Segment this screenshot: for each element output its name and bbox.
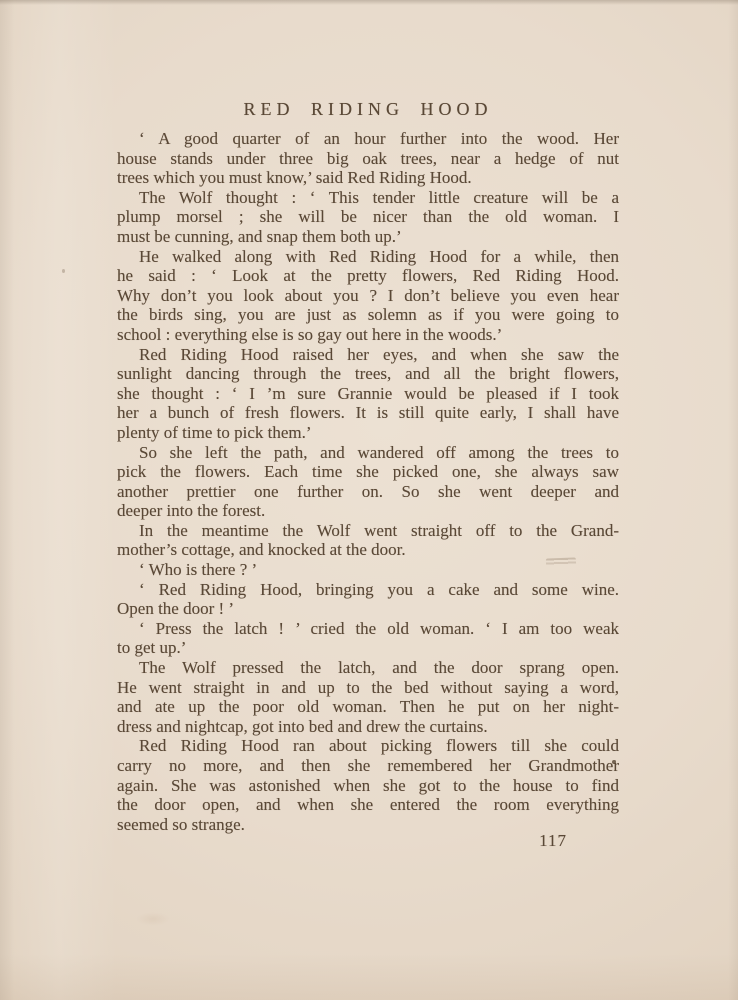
text-line: Why don’t you look about you ? I don’t b… — [117, 286, 619, 306]
paragraph: ‘ Press the latch ! ’ cried the old woma… — [117, 619, 619, 658]
text-line: she thought : ‘ I ’m sure Grannie would … — [117, 384, 619, 404]
text-line: must be cunning, and snap them both up.’ — [117, 227, 619, 247]
page-title: RED RIDING HOOD — [117, 99, 619, 120]
text-line: trees which you must know,’ said Red Rid… — [117, 168, 619, 188]
paragraph: ‘ A good quarter of an hour further into… — [117, 129, 619, 188]
paragraph: The Wolf pressed the latch, and the door… — [117, 658, 619, 736]
text-line: deeper into the forest. — [117, 501, 619, 521]
text-line: In the meantime the Wolf went straight o… — [117, 521, 619, 541]
text-line: The Wolf pressed the latch, and the door… — [117, 658, 619, 678]
text-line: ‘ Press the latch ! ’ cried the old woma… — [117, 619, 619, 639]
margin-speck-artifact — [62, 269, 65, 273]
text-line: ‘ Red Riding Hood, bringing you a cake a… — [117, 580, 619, 600]
text-line: plump morsel ; she will be nicer than th… — [117, 207, 619, 227]
text-line: pick the flowers. Each time she picked o… — [117, 462, 619, 482]
text-line: He walked along with Red Riding Hood for… — [117, 247, 619, 267]
text-line: her a bunch of fresh flowers. It is stil… — [117, 403, 619, 423]
text-line: to get up.’ — [117, 638, 619, 658]
text-line: he said : ‘ Look at the pretty flowers, … — [117, 266, 619, 286]
paragraph: Red Riding Hood raised her eyes, and whe… — [117, 345, 619, 443]
book-page: RED RIDING HOOD ‘ A good quarter of an h… — [0, 0, 738, 1000]
paragraph: ‘ Who is there ? ’ — [117, 560, 619, 580]
text-line: the birds sing, you are just as solemn a… — [117, 305, 619, 325]
text-line: another prettier one further on. So she … — [117, 482, 619, 502]
text-line: the door open, and when she entered the … — [117, 795, 619, 815]
text-line: sunlight dancing through the trees, and … — [117, 364, 619, 384]
paragraph: ‘ Red Riding Hood, bringing you a cake a… — [117, 580, 619, 619]
paragraph: Red Riding Hood ran about picking flower… — [117, 736, 619, 834]
paper-stain-artifact — [136, 912, 170, 926]
paragraphs-container: ‘ A good quarter of an hour further into… — [117, 129, 619, 834]
text-line: and ate up the poor old woman. Then he p… — [117, 697, 619, 717]
paragraph: In the meantime the Wolf went straight o… — [117, 521, 619, 560]
text-line: house stands under three big oak trees, … — [117, 149, 619, 169]
paragraph: So she left the path, and wandered off a… — [117, 443, 619, 521]
text-line: carry no more, and then she remembered h… — [117, 756, 619, 776]
text-line: dress and nightcap, got into bed and dre… — [117, 717, 619, 737]
text-line: So she left the path, and wandered off a… — [117, 443, 619, 463]
text-line: again. She was astonished when she got t… — [117, 776, 619, 796]
text-line: school : everything else is so gay out h… — [117, 325, 619, 345]
paragraph: He walked along with Red Riding Hood for… — [117, 247, 619, 345]
text-line: Red Riding Hood raised her eyes, and whe… — [117, 345, 619, 365]
page-body: ‘ A good quarter of an hour further into… — [117, 129, 619, 851]
text-line: Open the door ! ’ — [117, 599, 619, 619]
text-line: mother’s cottage, and knocked at the doo… — [117, 540, 619, 560]
text-line: The Wolf thought : ‘ This tender little … — [117, 188, 619, 208]
text-line: ‘ A good quarter of an hour further into… — [117, 129, 619, 149]
page-number: 117 — [117, 831, 619, 851]
text-line: ‘ Who is there ? ’ — [117, 560, 619, 580]
paragraph: The Wolf thought : ‘ This tender little … — [117, 188, 619, 247]
text-line: Red Riding Hood ran about picking flower… — [117, 736, 619, 756]
text-line: He went straight in and up to the bed wi… — [117, 678, 619, 698]
text-line: plenty of time to pick them.’ — [117, 423, 619, 443]
